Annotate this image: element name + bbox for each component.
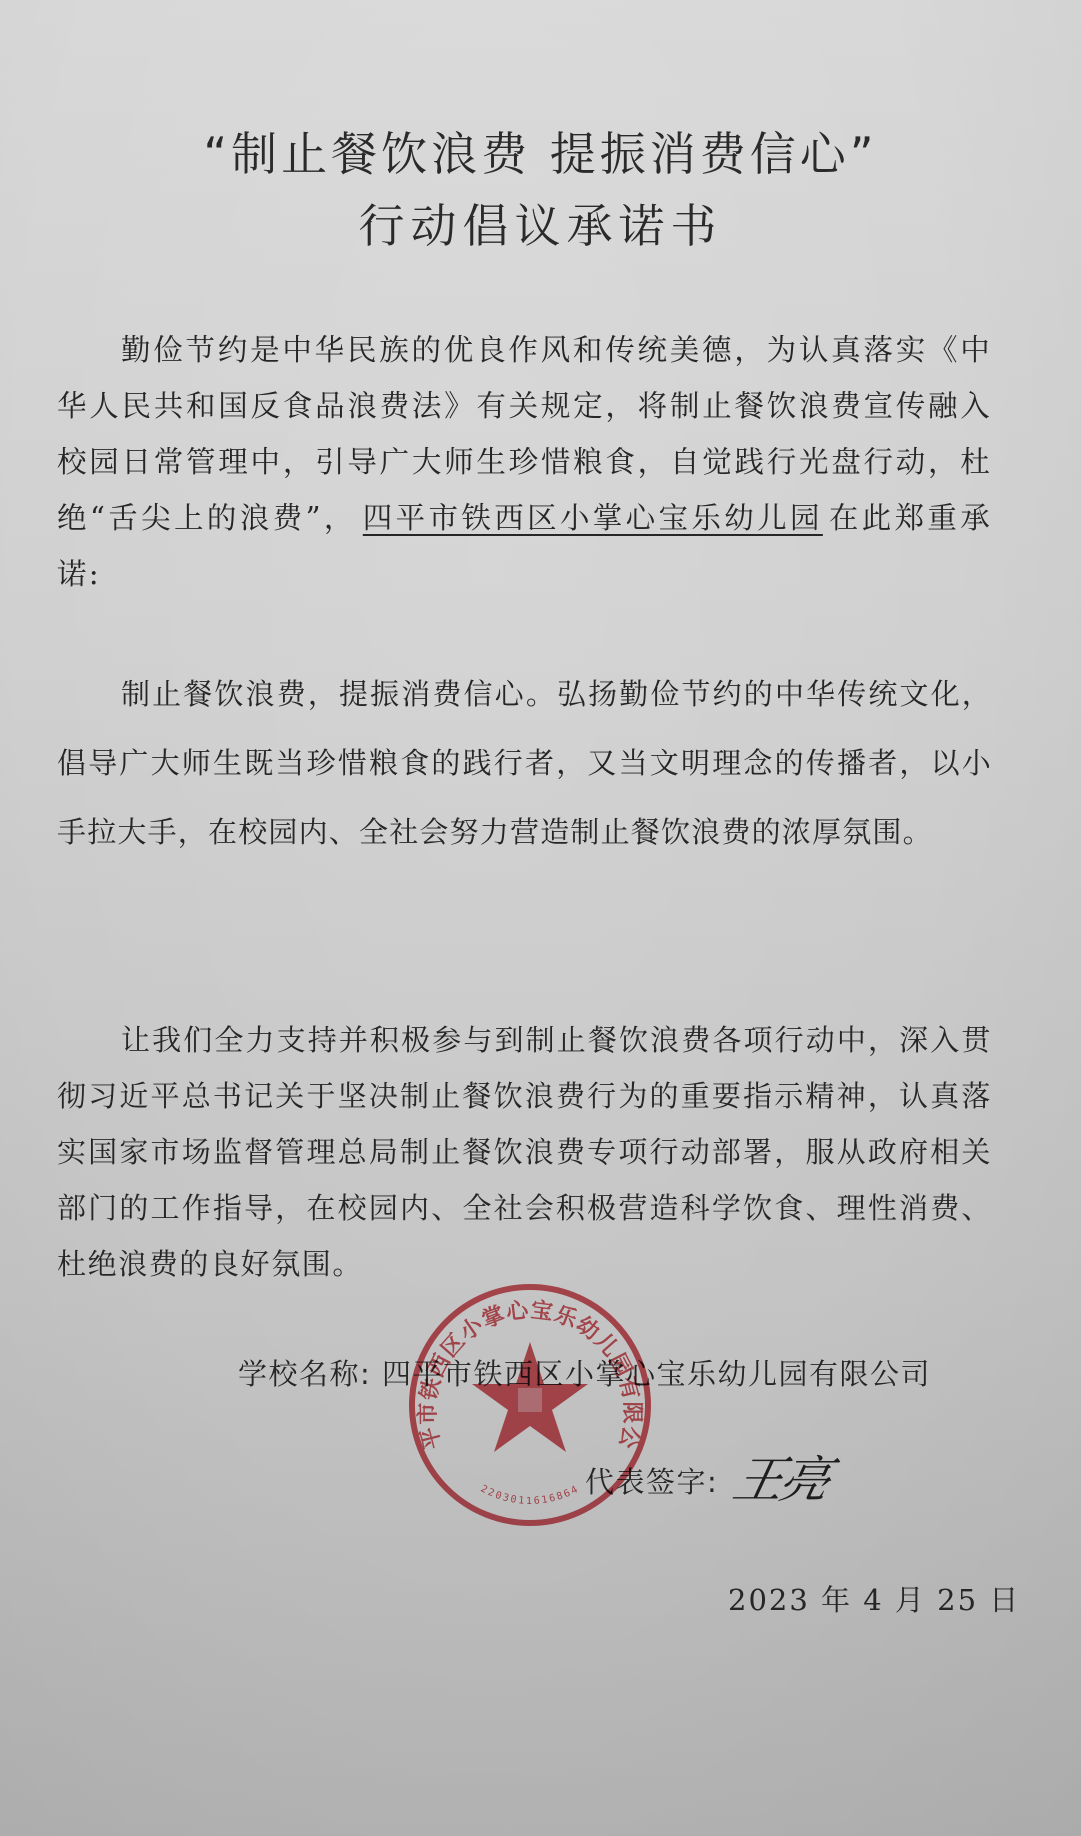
svg-text:2203011616864: 2203011616864 (479, 1483, 582, 1506)
handwritten-signature: 王亮 (727, 1440, 834, 1512)
school-label: 学校名称: (238, 1357, 371, 1391)
seal-number: 2203011616864 (479, 1483, 582, 1506)
underlined-school-name: 四平市铁西区小掌心宝乐幼儿园 (357, 501, 829, 535)
paragraph-action: 让我们全力支持并积极参与到制止餐饮浪费各项行动中，深入贯彻习近平总书记关于坚决制… (57, 1012, 992, 1292)
document-date: 2023 年 4 月 25 日 (728, 1578, 1020, 1619)
paragraph-commitment: 制止餐饮浪费，提振消费信心。弘扬勤俭节约的中华传统文化，倡导广大师生既当珍惜粮食… (57, 660, 992, 867)
document-subtitle: 行动倡议承诺书 (0, 190, 1081, 256)
official-seal-icon: 四平市铁西区小掌心宝乐幼儿园有限公司 2203011616864 (405, 1280, 655, 1530)
paper-shading (0, 0, 1081, 1836)
paragraph-intro: 勤俭节约是中华民族的优良作风和传统美德，为认真落实《中华人民共和国反食品浪费法》… (57, 322, 992, 602)
document-title: “制止餐饮浪费 提振消费信心” (0, 118, 1081, 184)
